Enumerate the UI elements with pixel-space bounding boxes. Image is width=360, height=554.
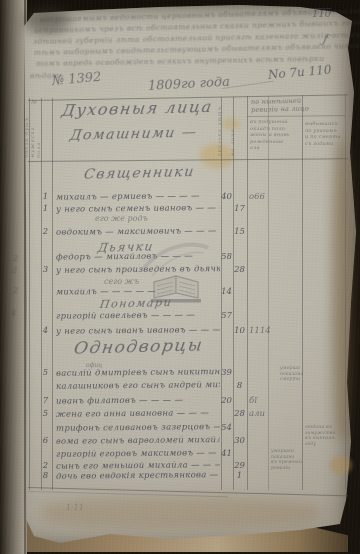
col-line <box>268 96 269 490</box>
interline-note: сего жъ <box>104 277 139 286</box>
right-header-subline <box>247 115 345 117</box>
margin-number: 4 <box>11 309 16 318</box>
open-book-watermark-icon <box>138 238 216 306</box>
col-line <box>52 98 53 490</box>
side-note: умершей показано въ прежней ревизіи <box>271 449 302 471</box>
table-row: 4у него сынъ иванъ ивановъ — — —101114 <box>0 326 360 338</box>
col-line <box>345 94 346 490</box>
section-heading-odnodvortsy: Однодворцы <box>72 336 204 359</box>
section-heading-priests: Священники <box>83 164 196 183</box>
col-line <box>221 97 222 490</box>
table-row: 1михаилъ — ермиевъ — — — —40о66 <box>0 192 360 204</box>
col-line <box>247 96 248 490</box>
margin-number: 2 <box>12 266 17 275</box>
register-number: № 1392 <box>51 70 102 89</box>
footer-mark: 1·11 <box>66 503 84 512</box>
right-header-block-right: выбывшихъ по указамъ и по смерти съ года… <box>305 121 343 147</box>
side-note: отдана въ замужство въ нынѣшн. году <box>305 425 336 447</box>
table-row: 7иванъ филатовъ — — — —20бї <box>0 396 360 408</box>
table-title: Духовныя лица <box>61 97 215 120</box>
margin-number: 2 <box>13 254 18 263</box>
col-line <box>29 98 30 490</box>
manuscript-photo: 110 ƒ вопрошаемымъ ведомости церковнымъ … <box>0 0 360 554</box>
age-column-vertical-label: сколько лѣтъ <box>217 100 223 156</box>
right-header-block-left: въ подушный окладъ поло- жены и вновь ро… <box>250 119 298 152</box>
page-content: 110 ƒ вопрошаемымъ ведомости церковнымъ … <box>0 0 360 554</box>
margin-number: 2 <box>13 286 18 295</box>
table-row: 5василій дмитріевъ сынъ никитинъ — —39 <box>0 368 360 380</box>
table-row: 8дочь ево евдокія крестьянкова — —1 <box>0 471 360 483</box>
table-row: 1у него сынъ семенъ ивановъ — — —17 <box>0 204 360 216</box>
col-line <box>233 97 234 490</box>
table-subtitle: Домашними — <box>69 125 199 144</box>
table-row: калашниковъ его сынъ андрей михайловъ —8 <box>0 381 360 393</box>
table-header-bottom-line <box>28 158 348 162</box>
col-line <box>41 98 42 490</box>
docket-year: 1809го года <box>148 75 231 94</box>
table-row: григорій егоровъ максимовъ — — —41 <box>0 449 360 461</box>
table-row: 5жена его анна ивановна — — —28али <box>0 409 360 421</box>
table-row: григорій савельевъ — — — —57 <box>0 311 360 323</box>
right-header-title: по нынѣшней ревизіи на лицо <box>251 96 309 114</box>
docket-file-number: No 7и 110 <box>267 62 332 81</box>
col-line <box>302 95 303 490</box>
side-note: умерша показана смерти <box>280 366 303 383</box>
